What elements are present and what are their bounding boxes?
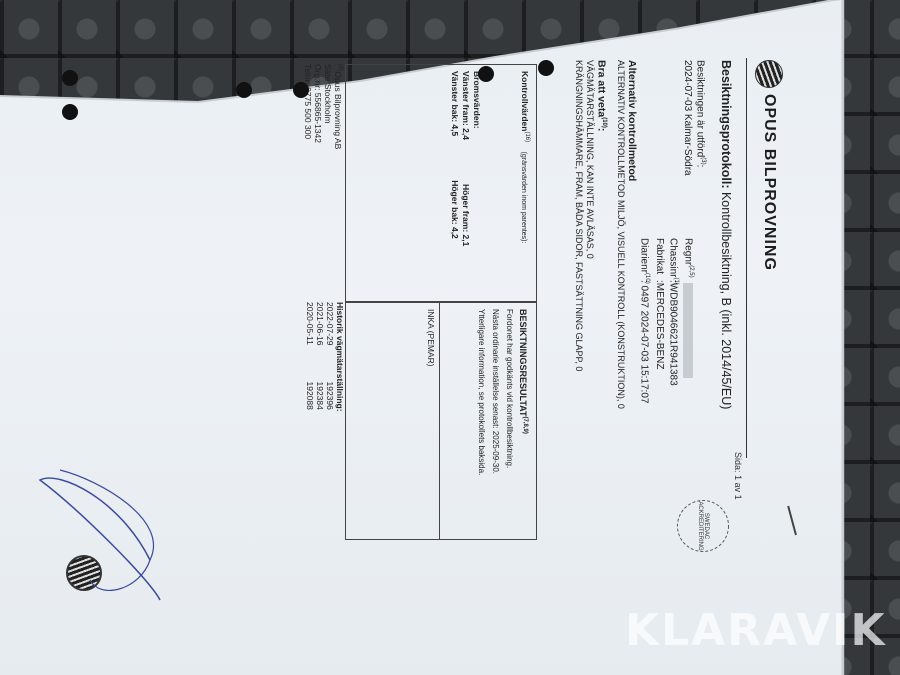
- history-row: 2022-07-29192396: [325, 302, 335, 410]
- protocol-title: Besiktningsprotokoll: Kontrollbesiktning…: [719, 60, 733, 409]
- odometer-history: Historik vägmätarställning: 2022-07-2919…: [305, 302, 345, 412]
- control-values-box: Kontrollvärden(16) (gränsvärden inom par…: [345, 64, 537, 302]
- redacted-regnr: [683, 283, 693, 378]
- punch-hole: [62, 70, 78, 86]
- page-indicator: Sida: 1 av 1: [733, 452, 743, 500]
- punch-hole: [62, 104, 78, 120]
- vehicle-info: Regnr(2,5) Chassinr(1):WDB9046621R941383…: [638, 238, 697, 403]
- history-row: 2021-06-16192384: [315, 302, 325, 410]
- climate-compensated-stamp: [66, 555, 102, 591]
- inspector-code: INKA (PEMAR): [423, 303, 439, 539]
- header-divider: [746, 58, 747, 458]
- swedac-accreditation-seal: SWEDAC ACKREDITERING: [677, 500, 729, 552]
- inspection-result-box: BESIKTNINGSRESULTAT(7,8,9) Fordonet har …: [345, 302, 537, 540]
- punch-hole: [538, 60, 554, 76]
- inspection-performed: Besiktningen är utförd(3): 2024-07-03 Ka…: [681, 60, 709, 176]
- history-row: 2020-05-11192088: [305, 302, 315, 410]
- globe-logo-icon: [755, 60, 783, 88]
- brand-name: OPUS BILPROVNING: [760, 94, 778, 271]
- company-info: (8)Opus Bilprovning AB Säte Stockholm Or…: [303, 64, 345, 149]
- inspection-protocol-page: OPUS BILPROVNING Sida: 1 av 1 SWEDAC ACK…: [45, 40, 805, 600]
- brand-logo: OPUS BILPROVNING: [755, 60, 783, 271]
- punch-hole: [478, 66, 494, 82]
- good-to-know-section: Bra att veta(10): VÄGMÄTARSTÄLLNING, KAN…: [574, 60, 610, 371]
- watermark: KLARAVIK: [625, 605, 887, 656]
- punch-hole: [293, 82, 309, 98]
- alternative-method-section: Alternativ kontrollmetod ALTERNATIV KONT…: [615, 60, 637, 409]
- punch-hole: [236, 82, 252, 98]
